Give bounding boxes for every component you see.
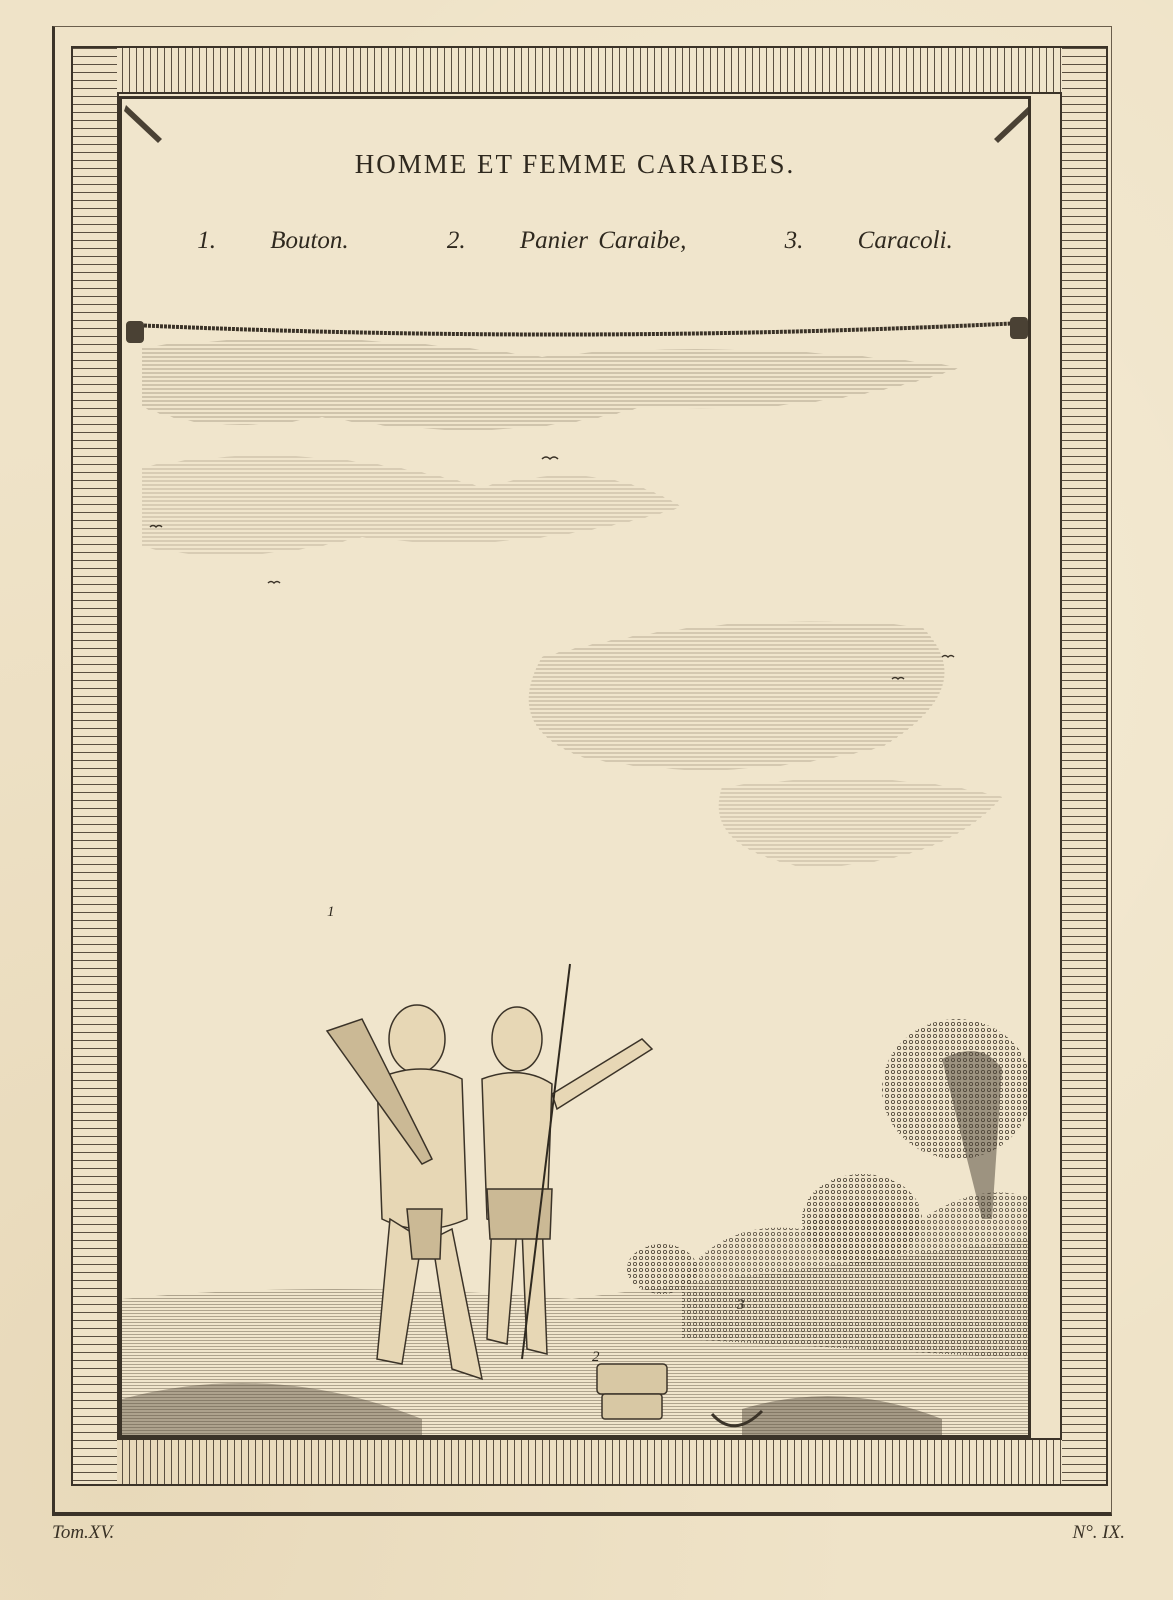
landscape-scene xyxy=(122,799,1031,1438)
frame-left-hatching xyxy=(73,48,117,1484)
legend-label: Panier Caraibe, xyxy=(520,227,687,254)
marker-3: 3 xyxy=(737,1297,745,1314)
banner-drapes xyxy=(122,99,1031,159)
plate-legend: 1. Bouton. 2. Panier Caraibe, 3. Caracol… xyxy=(122,227,1028,255)
volume-label: Tom.XV. xyxy=(52,1522,114,1544)
legend-number: 2. xyxy=(447,227,466,254)
marker-1: 1 xyxy=(327,904,335,921)
legend-label: Caracoli. xyxy=(858,227,953,254)
legend-item-1: 1. Bouton. xyxy=(175,227,370,254)
legend-label: Bouton. xyxy=(270,227,348,254)
legend-item-3: 3. Caracoli. xyxy=(763,227,975,254)
legend-number: 1. xyxy=(197,227,216,254)
marker-2: 2 xyxy=(592,1349,600,1366)
legend-number: 3. xyxy=(785,227,804,254)
basket-panier xyxy=(597,1364,667,1419)
caption-banner: HOMME ET FEMME CARAIBES. 1. Bouton. 2. P… xyxy=(122,99,1028,327)
engraving-picture: HOMME ET FEMME CARAIBES. 1. Bouton. 2. P… xyxy=(119,96,1031,1438)
legend-item-2: 2. Panier Caraibe, xyxy=(425,227,709,254)
frame-right-hatching xyxy=(1062,48,1106,1484)
plate-number: N°. IX. xyxy=(1073,1522,1125,1544)
